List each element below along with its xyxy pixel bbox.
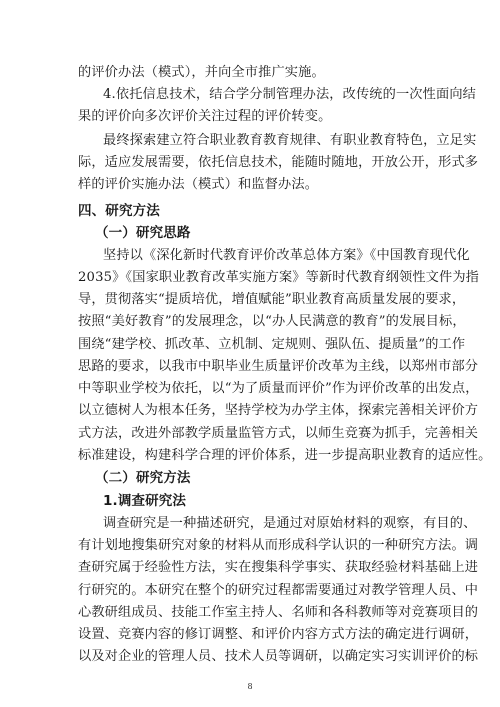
subsection-heading: （二）研究方法 [95,470,445,486]
paragraph-line: 心教研组成员、技能工作室主持人、名师和各科教师等对竞赛项目的 [78,605,428,621]
section-heading: 四、研究方法 [78,203,428,219]
paragraph-line: 果的评价向多次评价关注过程的评价转变。 [78,109,428,125]
paragraph-line: 围绕“建学校、抓改革、立机制、定规则、强队伍、提质量”的工作 [78,337,428,353]
subsection-heading: （一）研究思路 [95,225,445,241]
paragraph-line: 样的评价实施办法（模式）和监督办法。 [78,177,428,193]
paragraph-line: 的评价办法（模式），并向全市推广实施。 [78,65,428,81]
document-page: 的评价办法（模式），并向全市推广实施。 4.依托信息技术，结合学分制管理办法，改… [0,0,500,707]
page-number: 8 [0,682,500,691]
paragraph-line: 以立德树人为根本任务，坚持学校为办学主体，探索完善相关评价方 [78,403,428,419]
paragraph-line: 查研究属于经验性方法，实在搜集科学事实、获取经验材料基础上进 [78,560,428,576]
paragraph-line: 标准建设，构建科学合理的评价体系，进一步提高职业教育的适应性。 [78,448,428,464]
paragraph-line: 思路的要求，以我市中职毕业生质量评价改革为主线，以郑州市部分 [78,359,428,375]
paragraph-line: 导，贯彻落实“提质培优，增值赋能”职业教育高质量发展的要求， [78,292,428,308]
paragraph-line: 最终探索建立符合职业教育教育规律、有职业教育特色，立足实 [103,133,428,149]
paragraph-line: 以及对企业的管理人员、技术人员等调研，以确定实习实训评价的标 [78,649,428,665]
paragraph-line: 2035》《国家职业教育改革实施方案》等新时代教育纲领性文件为指 [78,270,428,286]
paragraph-line: 际，适应发展需要，依托信息技术，能随时随地，开放公开，形式多 [78,155,428,171]
paragraph-line: 4.依托信息技术，结合学分制管理办法，改传统的一次性面向结 [103,87,428,103]
paragraph-line: 中等职业学校为依托，以“为了质量而评价”作为评价改革的出发点， [78,381,428,397]
paragraph-line: 有计划地搜集研究对象的材料从而形成科学认识的一种研究方法。调 [78,538,428,554]
paragraph-line: 式方法，改进外部教学质量监管方式，以师生竞赛为抓手，完善相关 [78,426,428,442]
paragraph-line: 坚持以《深化新时代教育评价改革总体方案》《中国教育现代化 [103,248,428,264]
paragraph-line: 设置、竞赛内容的修订调整、和评价内容方式方法的确定进行调研， [78,627,428,643]
paragraph-line: 行研究的。本研究在整个的研究过程都需要通过对教学管理人员、中 [78,583,428,599]
paragraph-line: 调查研究是一种描述研究，是通过对原始材料的观察，有目的、 [103,516,428,532]
method-heading: 1.调查研究法 [103,493,453,509]
paragraph-line: 按照“美好教育”的发展理念，以“办人民满意的教育”的发展目标， [78,314,428,330]
